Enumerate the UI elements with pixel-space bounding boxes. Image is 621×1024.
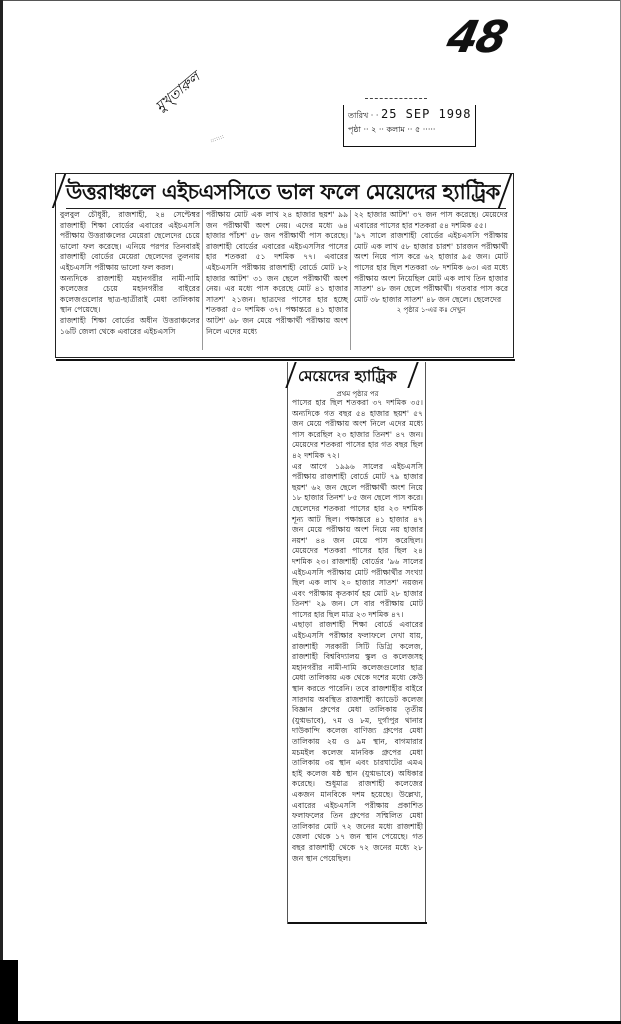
continuation-column: পাসের হার ছিল শতকরা ৩৭ দশমিক ৩৫। অন্যদিক… (292, 398, 423, 864)
article-column-2: পরীক্ষায় মোট এক লাখ ২৪ হাজার ছয়শ' ৯৯ জ… (206, 210, 348, 337)
stamp-page-label: পৃষ্ঠা (348, 125, 361, 134)
clipping-bottom-rule (56, 359, 515, 361)
stamp-page-value: ২ (371, 125, 376, 134)
clipping-bottom-rule (288, 922, 427, 924)
ink-smudge: ::::::: (209, 133, 225, 144)
main-headline: উত্তরাঞ্চলে এইচএসসিতে ভাল ফলে মেয়েদের হ… (66, 176, 506, 209)
paragraph: বুলবুল চৌধুরী, রাজশাহী, ২৪ সেপ্টেম্বর রা… (60, 210, 200, 274)
stamp-column-label: কলাম (387, 125, 405, 134)
stamp-topline (365, 98, 427, 100)
column-divider (350, 210, 351, 350)
date-stamp: তারিখ · · 25 SEP 1998 পৃষ্ঠা ·· ২ ·· কলা… (343, 105, 476, 147)
scan-shadow (0, 960, 18, 1024)
continuation-article-clipping: মেয়েদের হ্যাট্রিক প্রথম পৃষ্ঠার পর পাসে… (287, 362, 426, 924)
paragraph: রাজশাহী শিক্ষা বোর্ডের অধীন উত্তরাঞ্চলের… (60, 316, 200, 337)
paragraph: '৯৭ সালে রাজশাহী বোর্ডের এইচএসসি পরীক্ষা… (354, 231, 508, 305)
page-edge-top (0, 0, 621, 1)
stamp-column-value: ৫ (415, 125, 420, 134)
stamp-page-row: পৃষ্ঠা ·· ২ ·· কলাম ·· ৫ ····· (348, 123, 471, 137)
continuation-note: ২ পৃষ্ঠার ১-এর কঃ দেখুন (354, 305, 508, 316)
main-article-clipping: উত্তরাঞ্চলে এইচএসসিতে ভাল ফলে মেয়েদের হ… (55, 173, 514, 358)
paragraph: ২২ হাজার আটশ' ৩৭ জন পাস করেছে। মেয়েদের … (354, 210, 508, 231)
paragraph: পাসের হার ছিল শতকরা ৩৭ দশমিক ৩৫। অন্যদিক… (292, 398, 423, 462)
article-column-1: বুলবুল চৌধুরী, রাজশাহী, ২৪ সেপ্টেম্বর রা… (60, 210, 200, 337)
stamp-date-value: 25 SEP 1998 (381, 107, 471, 121)
column-divider (202, 210, 203, 350)
handwritten-signature: মুখ্তারুল (150, 66, 206, 118)
paragraph: এছাড়া রাজশাহী শিক্ষা বোর্ডে এবারের এইচএ… (292, 620, 423, 864)
paragraph: এর আগে ১৯৯৬ সালের এইচএসসি পরীক্ষায় রাজশ… (292, 462, 423, 621)
handwritten-page-number: 48 (443, 12, 511, 63)
stamp-date-label: তারিখ (348, 111, 368, 120)
stamp-date-row: তারিখ · · 25 SEP 1998 (348, 107, 471, 123)
paragraph: অন্যদিকে রাজশাহী মহানগরীর নামী-দামি কলেজ… (60, 274, 200, 316)
page-edge-left (0, 0, 3, 1024)
article-column-3: ২২ হাজার আটশ' ৩৭ জন পাস করেছে। মেয়েদের … (354, 210, 508, 316)
continuation-headline: মেয়েদের হ্যাট্রিক (298, 364, 418, 388)
paragraph: পরীক্ষায় মোট এক লাখ ২৪ হাজার ছয়শ' ৯৯ জ… (206, 210, 348, 337)
